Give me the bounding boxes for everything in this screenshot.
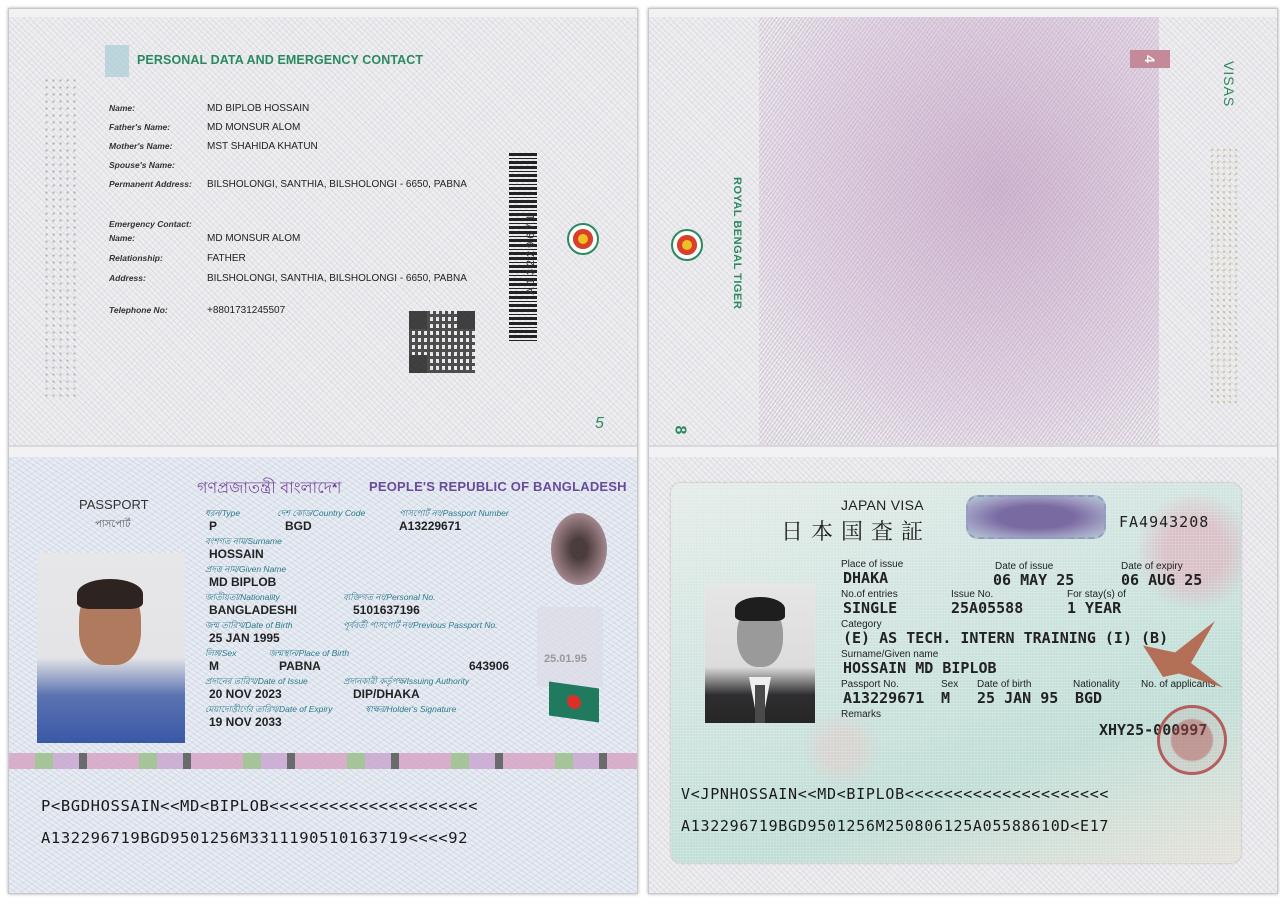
value-date-of-birth: 25 JAN 1995	[209, 631, 280, 645]
visa-page: JAPAN VISA 日本国査証 FA4943208 Place of issu…	[649, 457, 1277, 893]
ghost-image	[537, 607, 603, 687]
value-date-of-issue: 20 NOV 2023	[209, 687, 282, 701]
passport-right-spread: ROYAL BENGAL TIGER 4 VISAS 8 JAPAN VISA …	[648, 8, 1278, 894]
visa-title-kanji: 日本国査証	[781, 515, 931, 546]
bangladesh-flag-icon	[549, 681, 599, 722]
corner-number: 8	[670, 426, 688, 435]
value-name: HOSSAIN MD BIPLOB	[843, 659, 997, 677]
ghost-image-oval	[551, 513, 607, 585]
value-issuing-authority: DIP/DHAKA	[353, 687, 420, 701]
visa-mrz-line-2: A132296719BGD9501256M250806125A05588610D…	[681, 817, 1109, 835]
holographic-seal	[966, 495, 1106, 539]
perforated-number	[1209, 147, 1239, 407]
decorative-stripe	[105, 45, 129, 77]
ghost-image-date: 25.01.95	[544, 653, 587, 665]
mrz-line-2: A132296719BGD9501256M3311190510163719<<<…	[41, 829, 468, 847]
photo-tie	[755, 685, 765, 723]
visa-mrz-line-1: V<JPNHOSSAIN<<MD<BIPLOB<<<<<<<<<<<<<<<<<…	[681, 785, 1109, 803]
value-issue-no: 25A05588	[951, 599, 1023, 617]
field-emergency-address: Address: BILSHOLONGI, SANTHIA, BILSHOLON…	[109, 273, 467, 284]
value-personal-no: 5101637196	[353, 603, 420, 617]
field-name: Name: MD BIPLOB HOSSAIN	[109, 103, 309, 114]
value-sex: M	[941, 689, 950, 707]
qr-code	[409, 311, 475, 373]
visa-number: FA4943208	[1119, 513, 1209, 531]
document-label-bengali: পাসপোর্ট	[95, 517, 130, 534]
country-name-english: PEOPLE'S REPUBLIC OF BANGLADESH	[369, 479, 627, 494]
document-label: PASSPORT	[79, 497, 149, 512]
photo-hair	[77, 579, 143, 609]
photo-hair	[735, 597, 785, 621]
value-extra-number: 643906	[469, 659, 509, 673]
value-country-code: BGD	[285, 519, 312, 533]
label-remarks: Remarks	[841, 709, 881, 720]
tiger-caption: ROYAL BENGAL TIGER	[731, 177, 743, 309]
value-nationality: BANGLADESHI	[209, 603, 297, 617]
security-strip	[9, 753, 637, 769]
personal-data-page: PERSONAL DATA AND EMERGENCY CONTACT Name…	[9, 17, 637, 447]
government-emblem-icon	[671, 229, 703, 261]
field-permanent-address: Permanent Address: BILSHOLONGI, SANTHIA,…	[109, 179, 467, 190]
value-surname: HOSSAIN	[209, 547, 264, 561]
value-category: (E) AS TECH. INTERN TRAINING (I) (B)	[843, 629, 1168, 647]
country-name-bengali: গণপ্রজাতন্ত্রী বাংলাদেশ	[197, 475, 342, 502]
value-place-of-issue: DHAKA	[843, 569, 888, 587]
tiger-visa-page: ROYAL BENGAL TIGER 4 VISAS 8	[649, 17, 1277, 447]
government-emblem-icon	[567, 223, 599, 255]
value-date-of-expiry: 19 NOV 2033	[209, 715, 282, 729]
personal-data-heading: PERSONAL DATA AND EMERGENCY CONTACT	[137, 53, 423, 67]
value-place-of-birth: PABNA	[279, 659, 321, 673]
value-date-of-birth: 25 JAN 95	[977, 689, 1058, 707]
value-date-of-issue: 06 MAY 25	[993, 571, 1074, 589]
holder-photo	[37, 553, 185, 743]
value-nationality: BGD	[1075, 689, 1102, 707]
ministry-seal-icon	[1157, 705, 1227, 775]
visas-label: VISAS	[1221, 61, 1237, 107]
value-stay: 1 YEAR	[1067, 599, 1121, 617]
emergency-contact-heading: Emergency Contact:	[109, 219, 192, 229]
value-passport-no: A13229671	[843, 689, 924, 707]
page-number: 4	[1130, 50, 1170, 68]
value-date-of-expiry: 06 AUG 25	[1121, 571, 1202, 589]
visa-title: JAPAN VISA	[841, 497, 924, 513]
field-spouse-name: Spouse's Name:	[109, 160, 207, 170]
mrz-line-1: P<BGDHOSSAIN<<MD<BIPLOB<<<<<<<<<<<<<<<<<…	[41, 797, 478, 815]
label-holder-signature: স্বাক্ষর/Holder's Signature	[365, 703, 456, 717]
field-mother-name: Mother's Name: MST SHAHIDA KHATUN	[109, 141, 318, 152]
barcode-number: A13229671	[525, 153, 537, 353]
value-entries: SINGLE	[843, 599, 897, 617]
field-telephone: Telephone No: +8801731245507	[109, 305, 285, 316]
value-given-name: MD BIPLOB	[209, 575, 276, 589]
value-sex: M	[209, 659, 219, 673]
japan-visa-sticker: JAPAN VISA 日本国査証 FA4943208 Place of issu…	[671, 483, 1241, 863]
field-father-name: Father's Name: MD MONSUR ALOM	[109, 122, 300, 133]
passport-bio-page: গণপ্রজাতন্ত্রী বাংলাদেশ PEOPLE'S REPUBLI…	[9, 457, 637, 893]
perforation-pattern	[43, 77, 77, 397]
field-relationship: Relationship: FATHER	[109, 253, 246, 264]
value-type: P	[209, 519, 217, 533]
page-mark: 5	[595, 415, 604, 433]
passport-left-spread: PERSONAL DATA AND EMERGENCY CONTACT Name…	[8, 8, 638, 894]
field-emergency-name: Name: MD MONSUR ALOM	[109, 233, 300, 244]
visa-photo	[705, 583, 815, 723]
value-passport-number: A13229671	[399, 519, 461, 533]
tiger-illustration	[759, 17, 1159, 445]
label-previous-passport: পূর্ববর্তী পাসপোর্ট নং/Previous Passport…	[343, 619, 498, 633]
